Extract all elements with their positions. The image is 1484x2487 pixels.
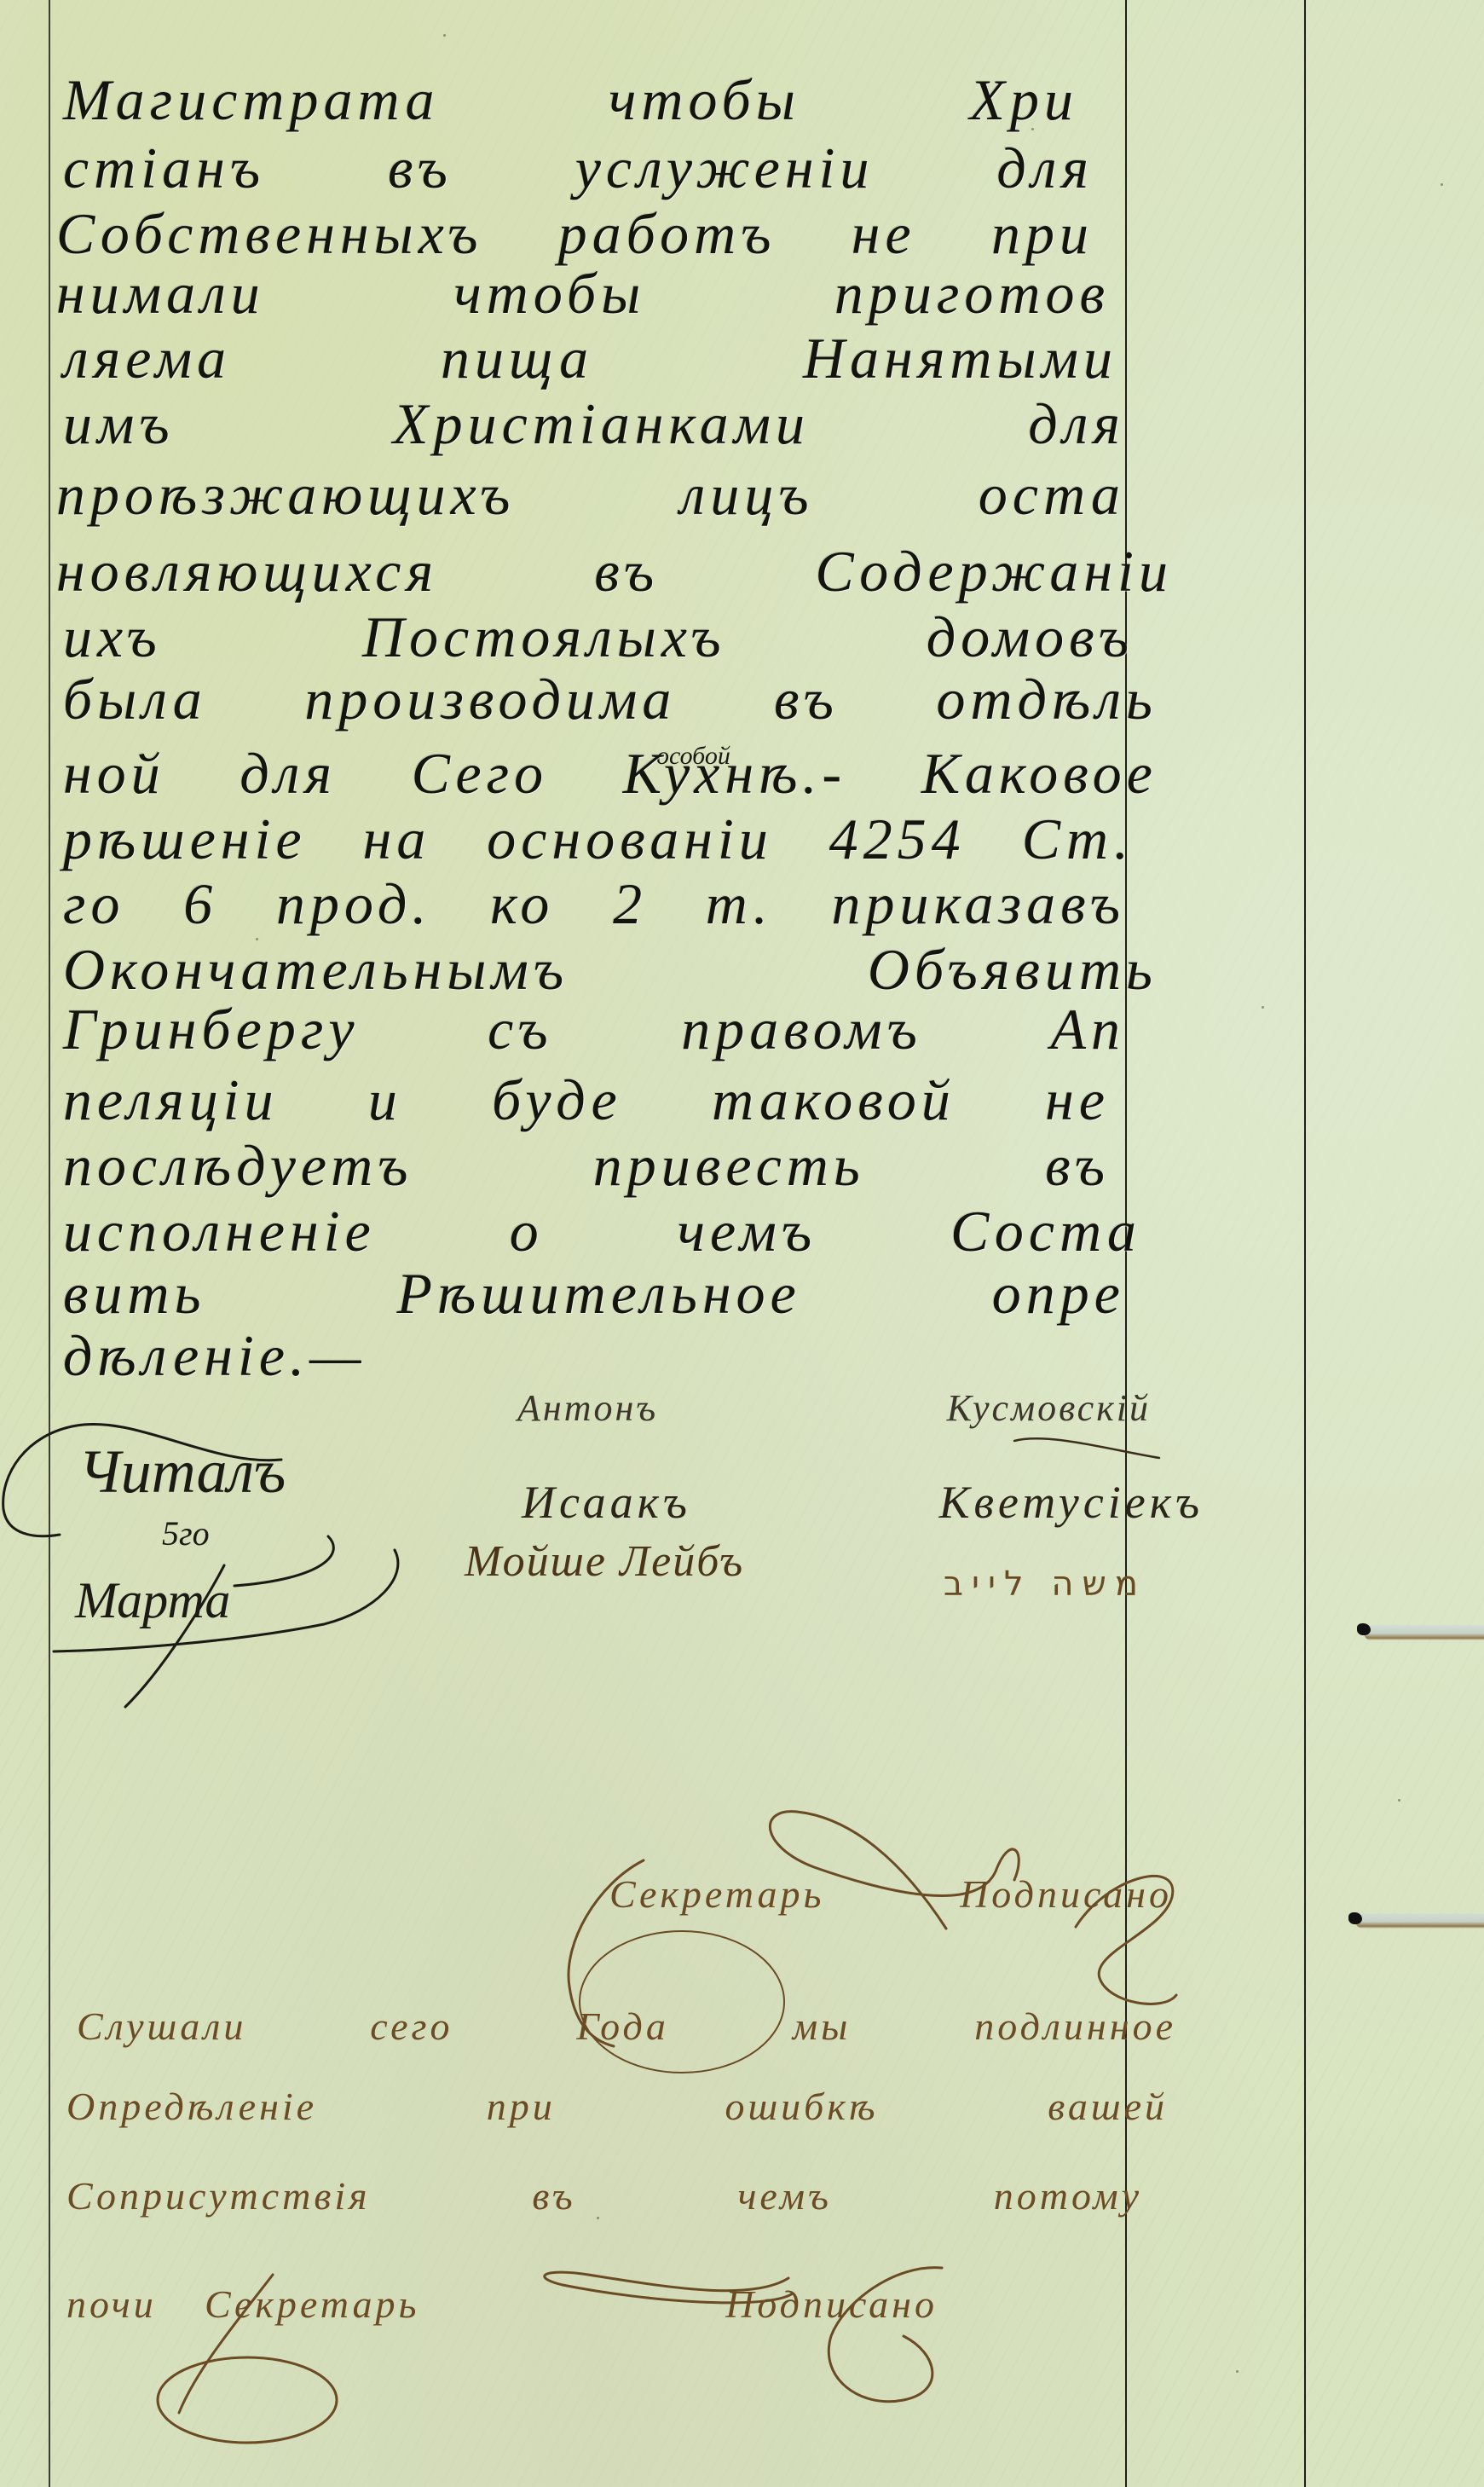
- margin-bracket-flourish: [3, 1424, 398, 1707]
- signature-underline-flourish: [1014, 1438, 1159, 1458]
- pen-flourishes: [0, 0, 1484, 2487]
- secretary-flourish-top: [569, 1812, 1176, 2073]
- secretary-flourish-bottom: [158, 2268, 942, 2443]
